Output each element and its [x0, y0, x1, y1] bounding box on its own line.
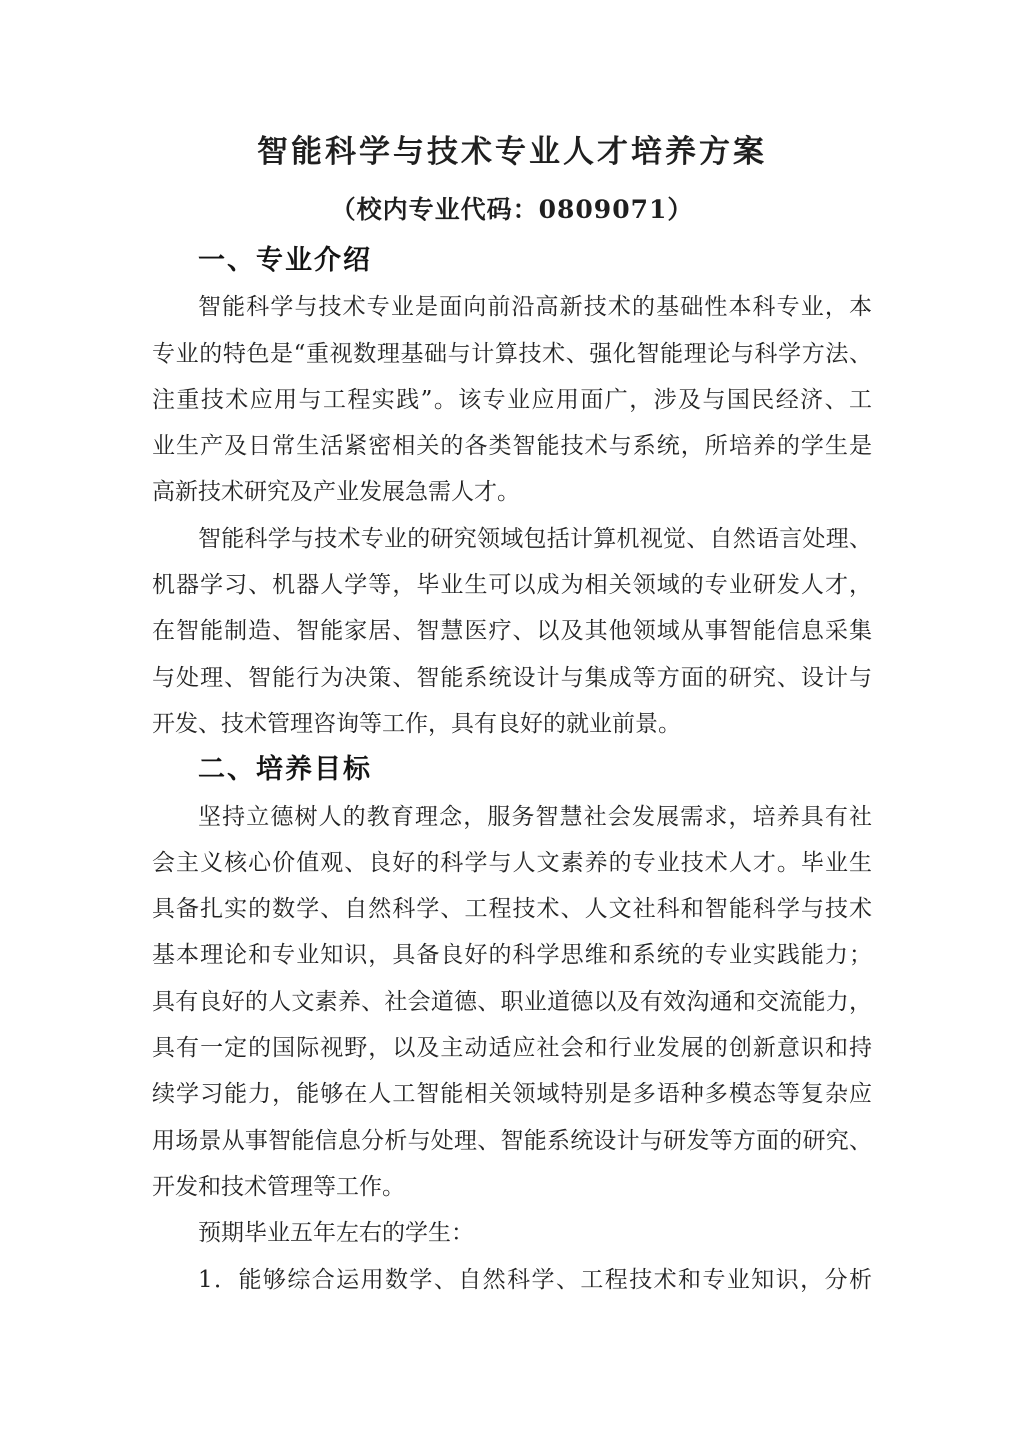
document-blocks: 一、专业介绍智能科学与技术专业是面向前沿高新技术的基础性本科专业，本专业的特色是…: [152, 238, 872, 1303]
section-heading: 二、培养目标: [152, 747, 872, 793]
document-page: 智能科学与技术专业人才培养方案 （校内专业代码：0809071） 一、专业介绍智…: [0, 0, 1024, 1448]
paragraph-line: 注重技术应用与工程实践”。该专业应用面广，涉及与国民经济、工: [152, 377, 872, 423]
paragraph-line: 具有良好的人文素养、社会道德、职业道德以及有效沟通和交流能力，: [152, 979, 872, 1025]
document-subtitle: （校内专业代码：0809071）: [152, 190, 872, 230]
paragraph-line: 1．能够综合运用数学、自然科学、工程技术和专业知识，分析: [152, 1257, 872, 1303]
paragraph-line: 续学习能力，能够在人工智能相关领域特别是多语种多模态等复杂应: [152, 1071, 872, 1117]
paragraph-line: 智能科学与技术专业是面向前沿高新技术的基础性本科专业，本: [152, 284, 872, 330]
document-title: 智能科学与技术专业人才培养方案: [152, 126, 872, 178]
paragraph-line: 开发、技术管理咨询等工作，具有良好的就业前景。: [152, 701, 872, 747]
paragraph-line: 基本理论和专业知识，具备良好的科学思维和系统的专业实践能力；: [152, 932, 872, 978]
paragraph-line: 会主义核心价值观、良好的科学与人文素养的专业技术人才。毕业生: [152, 840, 872, 886]
paragraph-line: 在智能制造、智能家居、智慧医疗、以及其他领域从事智能信息采集: [152, 608, 872, 654]
paragraph-line: 开发和技术管理等工作。: [152, 1164, 872, 1210]
paragraph-line: 具备扎实的数学、自然科学、工程技术、人文社科和智能科学与技术: [152, 886, 872, 932]
paragraph-line: 与处理、智能行为决策、智能系统设计与集成等方面的研究、设计与: [152, 655, 872, 701]
paragraph-line: 坚持立德树人的教育理念，服务智慧社会发展需求，培养具有社: [152, 794, 872, 840]
paragraph-line: 预期毕业五年左右的学生：: [152, 1210, 872, 1256]
paragraph-line: 具有一定的国际视野，以及主动适应社会和行业发展的创新意识和持: [152, 1025, 872, 1071]
paragraph-line: 专业的特色是“重视数理基础与计算技术、强化智能理论与科学方法、: [152, 331, 872, 377]
section-heading: 一、专业介绍: [152, 238, 872, 284]
paragraph-line: 机器学习、机器人学等，毕业生可以成为相关领域的专业研发人才，: [152, 562, 872, 608]
paragraph-line: 业生产及日常生活紧密相关的各类智能技术与系统，所培养的学生是: [152, 423, 872, 469]
paragraph-line: 智能科学与技术专业的研究领域包括计算机视觉、自然语言处理、: [152, 516, 872, 562]
document-content: 智能科学与技术专业人才培养方案 （校内专业代码：0809071） 一、专业介绍智…: [152, 126, 872, 1303]
paragraph-line: 用场景从事智能信息分析与处理、智能系统设计与研发等方面的研究、: [152, 1118, 872, 1164]
paragraph-line: 高新技术研究及产业发展急需人才。: [152, 469, 872, 515]
